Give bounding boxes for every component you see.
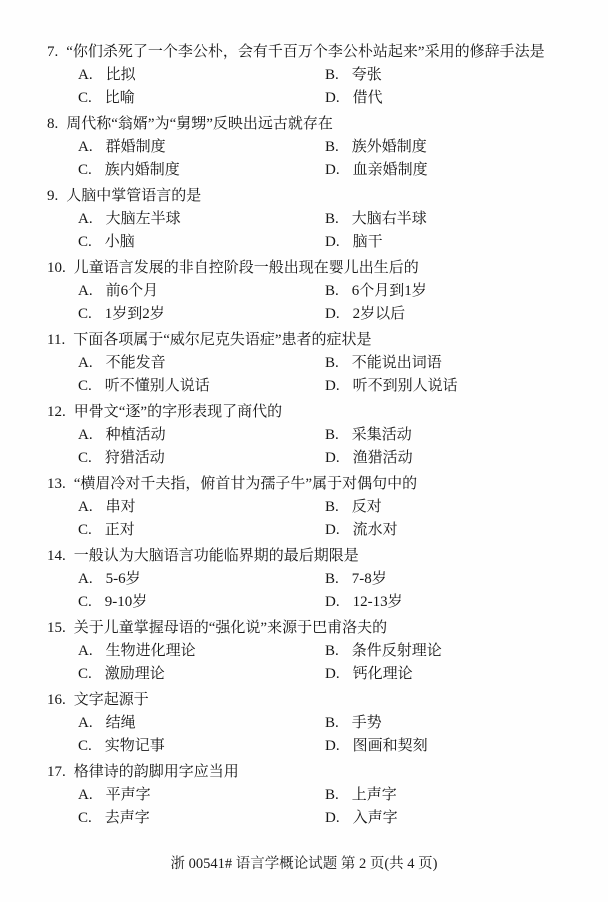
question-number: 11. bbox=[47, 329, 65, 352]
question-number: 15. bbox=[47, 617, 66, 640]
options-row-cd: C. 激励理论 D. 钙化理论 bbox=[47, 663, 580, 686]
options-row-cd: C. 实物记事 D. 图画和契刻 bbox=[47, 735, 580, 758]
option-c-text: 狩猎活动 bbox=[105, 447, 165, 470]
options-row-ab: A. 生物进化理论 B. 条件反射理论 bbox=[47, 640, 580, 663]
option-a: A. 种植活动 bbox=[78, 424, 325, 447]
option-d-text: 12-13岁 bbox=[353, 591, 403, 614]
option-c-label: C. bbox=[78, 375, 92, 398]
option-a: A. 大脑左半球 bbox=[78, 208, 325, 231]
question-text: 格律诗的韵脚用字应当用 bbox=[74, 764, 239, 780]
option-a: A. 不能发音 bbox=[78, 352, 325, 375]
option-c-label: C. bbox=[78, 663, 92, 686]
option-b: B. 采集活动 bbox=[325, 424, 412, 447]
question-stem: 15.关于儿童掌握母语的“强化说”来源于巴甫洛夫的 bbox=[47, 617, 580, 640]
option-d: D. 听不到别人说话 bbox=[325, 375, 458, 398]
option-b: B. 条件反射理论 bbox=[325, 640, 442, 663]
option-b-label: B. bbox=[325, 352, 339, 375]
option-d-label: D. bbox=[325, 519, 340, 542]
option-c-text: 比喻 bbox=[105, 87, 135, 110]
option-d-text: 2岁以后 bbox=[353, 303, 406, 326]
option-c: C. 小脑 bbox=[78, 231, 325, 254]
options-row-cd: C. 1岁到2岁 D. 2岁以后 bbox=[47, 303, 580, 326]
question-list: 7.“你们杀死了一个李公朴，会有千百万个李公朴站起来”采用的修辞手法是 A. 比… bbox=[47, 41, 580, 830]
option-a-label: A. bbox=[78, 424, 93, 447]
option-b-label: B. bbox=[325, 640, 339, 663]
question-number: 7. bbox=[47, 41, 58, 64]
question-block: 13.“横眉冷对千夫指，俯首甘为孺子牛”属于对偶句中的 A. 串对 B. 反对 … bbox=[47, 473, 580, 542]
options-row-ab: A. 大脑左半球 B. 大脑右半球 bbox=[47, 208, 580, 231]
option-b-label: B. bbox=[325, 280, 339, 303]
option-a: A. 比拟 bbox=[78, 64, 325, 87]
option-a-text: 前6个月 bbox=[106, 280, 159, 303]
option-d-text: 图画和契刻 bbox=[353, 735, 428, 758]
options-row-ab: A. 串对 B. 反对 bbox=[47, 496, 580, 519]
option-a-label: A. bbox=[78, 784, 93, 807]
question-text: 甲骨文“逐”的字形表现了商代的 bbox=[74, 404, 282, 420]
option-a-text: 比拟 bbox=[106, 64, 136, 87]
option-d-label: D. bbox=[325, 87, 340, 110]
option-d-text: 血亲婚制度 bbox=[353, 159, 428, 182]
question-stem: 10.儿童语言发展的非自控阶段一般出现在婴儿出生后的 bbox=[47, 257, 580, 280]
option-b: B. 大脑右半球 bbox=[325, 208, 427, 231]
options-row-ab: A. 不能发音 B. 不能说出词语 bbox=[47, 352, 580, 375]
option-c: C. 比喻 bbox=[78, 87, 325, 110]
option-c-text: 小脑 bbox=[105, 231, 135, 254]
option-d-text: 流水对 bbox=[353, 519, 398, 542]
options-row-ab: A. 结绳 B. 手势 bbox=[47, 712, 580, 735]
option-b: B. 不能说出词语 bbox=[325, 352, 442, 375]
question-stem: 13.“横眉冷对千夫指，俯首甘为孺子牛”属于对偶句中的 bbox=[47, 473, 580, 496]
question-text: 人脑中掌管语言的是 bbox=[66, 188, 201, 204]
options-row-cd: C. 正对 D. 流水对 bbox=[47, 519, 580, 542]
question-number: 14. bbox=[47, 545, 66, 568]
option-b: B. 族外婚制度 bbox=[325, 136, 427, 159]
option-d-text: 听不到别人说话 bbox=[353, 375, 458, 398]
page-footer: 浙 00541# 语言学概论试题 第 2 页(共 4 页) bbox=[0, 854, 608, 874]
option-a-text: 5-6岁 bbox=[106, 568, 141, 591]
option-a-label: A. bbox=[78, 640, 93, 663]
option-d-label: D. bbox=[325, 231, 340, 254]
option-a: A. 平声字 bbox=[78, 784, 325, 807]
options-row-cd: C. 9-10岁 D. 12-13岁 bbox=[47, 591, 580, 614]
option-c: C. 9-10岁 bbox=[78, 591, 325, 614]
question-block: 10.儿童语言发展的非自控阶段一般出现在婴儿出生后的 A. 前6个月 B. 6个… bbox=[47, 257, 580, 326]
option-c-label: C. bbox=[78, 303, 92, 326]
options-row-ab: A. 5-6岁 B. 7-8岁 bbox=[47, 568, 580, 591]
option-b: B. 6个月到1岁 bbox=[325, 280, 427, 303]
option-a-text: 群婚制度 bbox=[106, 136, 166, 159]
option-b-label: B. bbox=[325, 496, 339, 519]
option-c-label: C. bbox=[78, 447, 92, 470]
option-d: D. 入声字 bbox=[325, 807, 398, 830]
option-b-text: 手势 bbox=[352, 712, 382, 735]
option-b: B. 反对 bbox=[325, 496, 382, 519]
question-text: “你们杀死了一个李公朴，会有千百万个李公朴站起来”采用的修辞手法是 bbox=[66, 44, 544, 60]
option-a-text: 种植活动 bbox=[106, 424, 166, 447]
option-a: A. 5-6岁 bbox=[78, 568, 325, 591]
option-c-text: 正对 bbox=[105, 519, 135, 542]
option-b-text: 7-8岁 bbox=[352, 568, 387, 591]
option-a-text: 平声字 bbox=[106, 784, 151, 807]
option-c: C. 听不懂别人说话 bbox=[78, 375, 325, 398]
option-d-label: D. bbox=[325, 735, 340, 758]
option-d: D. 脑干 bbox=[325, 231, 383, 254]
options-row-cd: C. 去声字 D. 入声字 bbox=[47, 807, 580, 830]
option-d-label: D. bbox=[325, 159, 340, 182]
option-c-label: C. bbox=[78, 87, 92, 110]
option-c: C. 激励理论 bbox=[78, 663, 325, 686]
option-b: B. 7-8岁 bbox=[325, 568, 387, 591]
options-row-cd: C. 族内婚制度 D. 血亲婚制度 bbox=[47, 159, 580, 182]
option-d: D. 流水对 bbox=[325, 519, 398, 542]
question-text: 关于儿童掌握母语的“强化说”来源于巴甫洛夫的 bbox=[74, 620, 387, 636]
option-d: D. 2岁以后 bbox=[325, 303, 405, 326]
question-stem: 14.一般认为大脑语言功能临界期的最后期限是 bbox=[47, 545, 580, 568]
option-c-label: C. bbox=[78, 519, 92, 542]
question-text: 文字起源于 bbox=[74, 692, 149, 708]
options-row-ab: A. 群婚制度 B. 族外婚制度 bbox=[47, 136, 580, 159]
question-stem: 16.文字起源于 bbox=[47, 689, 580, 712]
options-row-cd: C. 比喻 D. 借代 bbox=[47, 87, 580, 110]
option-c-text: 实物记事 bbox=[105, 735, 165, 758]
option-b-text: 采集活动 bbox=[352, 424, 412, 447]
option-d-text: 脑干 bbox=[353, 231, 383, 254]
option-c: C. 族内婚制度 bbox=[78, 159, 325, 182]
options-row-ab: A. 前6个月 B. 6个月到1岁 bbox=[47, 280, 580, 303]
option-b-text: 条件反射理论 bbox=[352, 640, 442, 663]
option-b-label: B. bbox=[325, 712, 339, 735]
option-a-label: A. bbox=[78, 280, 93, 303]
options-row-cd: C. 听不懂别人说话 D. 听不到别人说话 bbox=[47, 375, 580, 398]
option-a-text: 串对 bbox=[106, 496, 136, 519]
option-b: B. 上声字 bbox=[325, 784, 397, 807]
option-c: C. 实物记事 bbox=[78, 735, 325, 758]
question-block: 9.人脑中掌管语言的是 A. 大脑左半球 B. 大脑右半球 C. 小脑 D. 脑… bbox=[47, 185, 580, 254]
option-d-label: D. bbox=[325, 375, 340, 398]
option-c: C. 1岁到2岁 bbox=[78, 303, 325, 326]
question-number: 8. bbox=[47, 113, 58, 136]
option-b-text: 不能说出词语 bbox=[352, 352, 442, 375]
option-b-text: 6个月到1岁 bbox=[352, 280, 427, 303]
option-d: D. 图画和契刻 bbox=[325, 735, 428, 758]
question-text: “横眉冷对千夫指，俯首甘为孺子牛”属于对偶句中的 bbox=[74, 476, 417, 492]
option-c-label: C. bbox=[78, 159, 92, 182]
question-number: 13. bbox=[47, 473, 66, 496]
options-row-ab: A. 平声字 B. 上声字 bbox=[47, 784, 580, 807]
option-b-text: 上声字 bbox=[352, 784, 397, 807]
question-number: 12. bbox=[47, 401, 66, 424]
question-block: 17.格律诗的韵脚用字应当用 A. 平声字 B. 上声字 C. 去声字 D. 入… bbox=[47, 761, 580, 830]
option-a: A. 群婚制度 bbox=[78, 136, 325, 159]
option-d-label: D. bbox=[325, 591, 340, 614]
question-text: 周代称“翁婿”为“舅甥”反映出远古就存在 bbox=[66, 116, 333, 132]
option-c-label: C. bbox=[78, 735, 92, 758]
question-number: 17. bbox=[47, 761, 66, 784]
option-a: A. 结绳 bbox=[78, 712, 325, 735]
option-c-text: 9-10岁 bbox=[105, 591, 148, 614]
option-c-text: 1岁到2岁 bbox=[105, 303, 165, 326]
option-a-label: A. bbox=[78, 208, 93, 231]
option-d-label: D. bbox=[325, 447, 340, 470]
question-text: 一般认为大脑语言功能临界期的最后期限是 bbox=[74, 548, 359, 564]
option-a: A. 前6个月 bbox=[78, 280, 325, 303]
question-block: 8.周代称“翁婿”为“舅甥”反映出远古就存在 A. 群婚制度 B. 族外婚制度 … bbox=[47, 113, 580, 182]
option-b-label: B. bbox=[325, 208, 339, 231]
option-b-label: B. bbox=[325, 568, 339, 591]
option-d-label: D. bbox=[325, 807, 340, 830]
option-b-text: 夸张 bbox=[352, 64, 382, 87]
question-block: 14.一般认为大脑语言功能临界期的最后期限是 A. 5-6岁 B. 7-8岁 C… bbox=[47, 545, 580, 614]
option-c-text: 去声字 bbox=[105, 807, 150, 830]
option-a-label: A. bbox=[78, 568, 93, 591]
question-block: 16.文字起源于 A. 结绳 B. 手势 C. 实物记事 D. 图画和契刻 bbox=[47, 689, 580, 758]
option-b-label: B. bbox=[325, 136, 339, 159]
option-d-text: 钙化理论 bbox=[353, 663, 413, 686]
option-d-label: D. bbox=[325, 663, 340, 686]
option-d: D. 渔猎活动 bbox=[325, 447, 413, 470]
option-b: B. 手势 bbox=[325, 712, 382, 735]
option-c-text: 激励理论 bbox=[105, 663, 165, 686]
option-c-label: C. bbox=[78, 231, 92, 254]
option-c-text: 听不懂别人说话 bbox=[105, 375, 210, 398]
option-b-text: 族外婚制度 bbox=[352, 136, 427, 159]
options-row-ab: A. 种植活动 B. 采集活动 bbox=[47, 424, 580, 447]
option-a-label: A. bbox=[78, 352, 93, 375]
question-block: 7.“你们杀死了一个李公朴，会有千百万个李公朴站起来”采用的修辞手法是 A. 比… bbox=[47, 41, 580, 110]
option-a-text: 不能发音 bbox=[106, 352, 166, 375]
options-row-cd: C. 狩猎活动 D. 渔猎活动 bbox=[47, 447, 580, 470]
options-row-ab: A. 比拟 B. 夸张 bbox=[47, 64, 580, 87]
question-number: 16. bbox=[47, 689, 66, 712]
option-b-text: 反对 bbox=[352, 496, 382, 519]
option-d-label: D. bbox=[325, 303, 340, 326]
question-stem: 7.“你们杀死了一个李公朴，会有千百万个李公朴站起来”采用的修辞手法是 bbox=[47, 41, 580, 64]
option-a-text: 结绳 bbox=[106, 712, 136, 735]
exam-page: 7.“你们杀死了一个李公朴，会有千百万个李公朴站起来”采用的修辞手法是 A. 比… bbox=[0, 0, 608, 902]
option-a-label: A. bbox=[78, 712, 93, 735]
question-stem: 12.甲骨文“逐”的字形表现了商代的 bbox=[47, 401, 580, 424]
question-stem: 17.格律诗的韵脚用字应当用 bbox=[47, 761, 580, 784]
question-text: 下面各项属于“威尔尼克失语症”患者的症状是 bbox=[73, 332, 371, 348]
option-b-text: 大脑右半球 bbox=[352, 208, 427, 231]
option-b: B. 夸张 bbox=[325, 64, 382, 87]
option-d-text: 渔猎活动 bbox=[353, 447, 413, 470]
option-b-label: B. bbox=[325, 784, 339, 807]
option-a-label: A. bbox=[78, 136, 93, 159]
option-d: D. 借代 bbox=[325, 87, 383, 110]
option-c: C. 狩猎活动 bbox=[78, 447, 325, 470]
question-stem: 8.周代称“翁婿”为“舅甥”反映出远古就存在 bbox=[47, 113, 580, 136]
question-number: 9. bbox=[47, 185, 58, 208]
option-d: D. 钙化理论 bbox=[325, 663, 413, 686]
question-text: 儿童语言发展的非自控阶段一般出现在婴儿出生后的 bbox=[74, 260, 419, 276]
question-number: 10. bbox=[47, 257, 66, 280]
options-row-cd: C. 小脑 D. 脑干 bbox=[47, 231, 580, 254]
option-d-text: 入声字 bbox=[353, 807, 398, 830]
option-a-label: A. bbox=[78, 496, 93, 519]
question-block: 11.下面各项属于“威尔尼克失语症”患者的症状是 A. 不能发音 B. 不能说出… bbox=[47, 329, 580, 398]
option-a-text: 大脑左半球 bbox=[106, 208, 181, 231]
option-c: C. 去声字 bbox=[78, 807, 325, 830]
option-b-label: B. bbox=[325, 64, 339, 87]
question-block: 12.甲骨文“逐”的字形表现了商代的 A. 种植活动 B. 采集活动 C. 狩猎… bbox=[47, 401, 580, 470]
option-d-text: 借代 bbox=[353, 87, 383, 110]
option-c-label: C. bbox=[78, 591, 92, 614]
option-a-text: 生物进化理论 bbox=[106, 640, 196, 663]
option-c: C. 正对 bbox=[78, 519, 325, 542]
question-stem: 9.人脑中掌管语言的是 bbox=[47, 185, 580, 208]
option-a: A. 生物进化理论 bbox=[78, 640, 325, 663]
option-d: D. 12-13岁 bbox=[325, 591, 403, 614]
option-b-label: B. bbox=[325, 424, 339, 447]
question-block: 15.关于儿童掌握母语的“强化说”来源于巴甫洛夫的 A. 生物进化理论 B. 条… bbox=[47, 617, 580, 686]
option-a: A. 串对 bbox=[78, 496, 325, 519]
option-c-label: C. bbox=[78, 807, 92, 830]
option-a-label: A. bbox=[78, 64, 93, 87]
question-stem: 11.下面各项属于“威尔尼克失语症”患者的症状是 bbox=[47, 329, 580, 352]
option-d: D. 血亲婚制度 bbox=[325, 159, 428, 182]
option-c-text: 族内婚制度 bbox=[105, 159, 180, 182]
